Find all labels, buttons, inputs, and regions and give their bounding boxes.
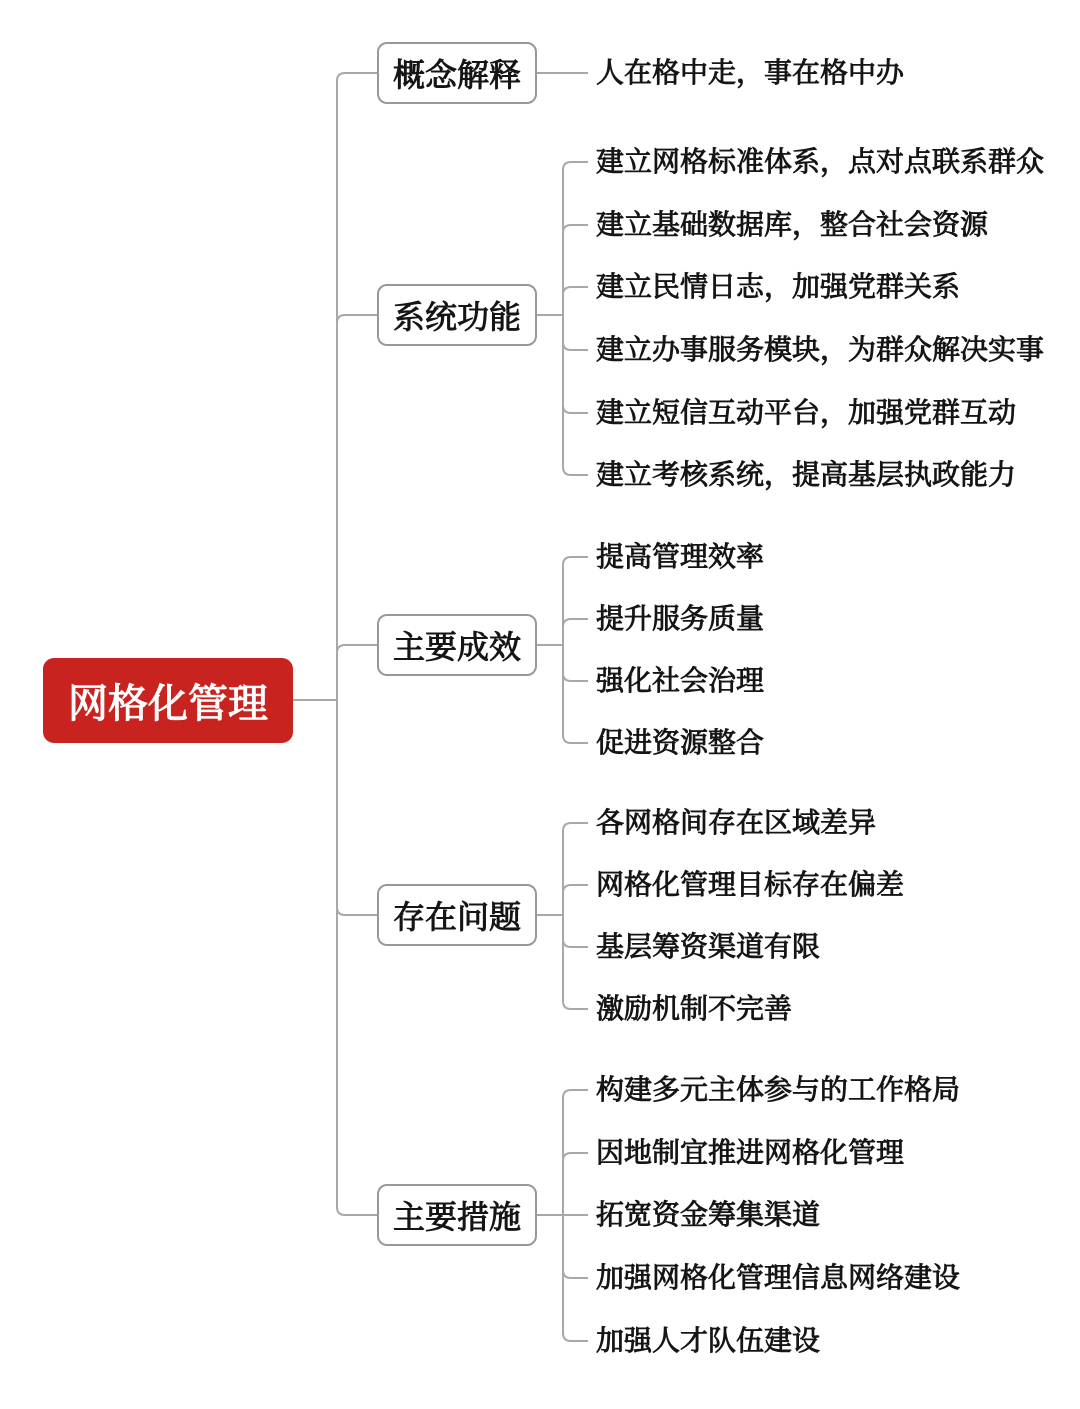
leaf-node[interactable]: 提高管理效率 [596, 536, 764, 578]
leaf-node[interactable]: 促进资源整合 [596, 722, 764, 764]
leaf-node[interactable]: 加强人才队伍建设 [596, 1320, 820, 1362]
leaf-node[interactable]: 建立基础数据库，整合社会资源 [596, 204, 988, 246]
leaf-node[interactable]: 强化社会治理 [596, 660, 764, 702]
branch-node-problems[interactable]: 存在问题 [377, 884, 537, 946]
leaf-node[interactable]: 基层筹资渠道有限 [596, 926, 820, 968]
mindmap-canvas: 网格化管理 概念解释 系统功能 主要成效 存在问题 主要措施 人在格中走，事在格… [0, 0, 1080, 1409]
leaf-node[interactable]: 网格化管理目标存在偏差 [596, 864, 904, 906]
leaf-node[interactable]: 提升服务质量 [596, 598, 764, 640]
branch-node-functions[interactable]: 系统功能 [377, 284, 537, 346]
leaf-node[interactable]: 人在格中走，事在格中办 [596, 52, 904, 94]
leaf-node[interactable]: 建立考核系统，提高基层执政能力 [596, 454, 1016, 496]
leaf-node[interactable]: 建立办事服务模块，为群众解决实事 [596, 329, 1044, 371]
leaf-node[interactable]: 各网格间存在区域差异 [596, 802, 876, 844]
leaf-node[interactable]: 建立网格标准体系，点对点联系群众 [596, 141, 1044, 183]
leaf-node[interactable]: 拓宽资金筹集渠道 [596, 1194, 820, 1236]
leaf-node[interactable]: 建立民情日志，加强党群关系 [596, 266, 960, 308]
leaf-node[interactable]: 激励机制不完善 [596, 988, 792, 1030]
leaf-node[interactable]: 因地制宜推进网格化管理 [596, 1132, 904, 1174]
root-node[interactable]: 网格化管理 [43, 658, 293, 743]
branch-node-results[interactable]: 主要成效 [377, 614, 537, 676]
leaf-node[interactable]: 加强网格化管理信息网络建设 [596, 1257, 960, 1299]
leaf-node[interactable]: 建立短信互动平台，加强党群互动 [596, 392, 1016, 434]
branch-node-measures[interactable]: 主要措施 [377, 1184, 537, 1246]
branch-node-concept[interactable]: 概念解释 [377, 42, 537, 104]
leaf-node[interactable]: 构建多元主体参与的工作格局 [596, 1069, 960, 1111]
